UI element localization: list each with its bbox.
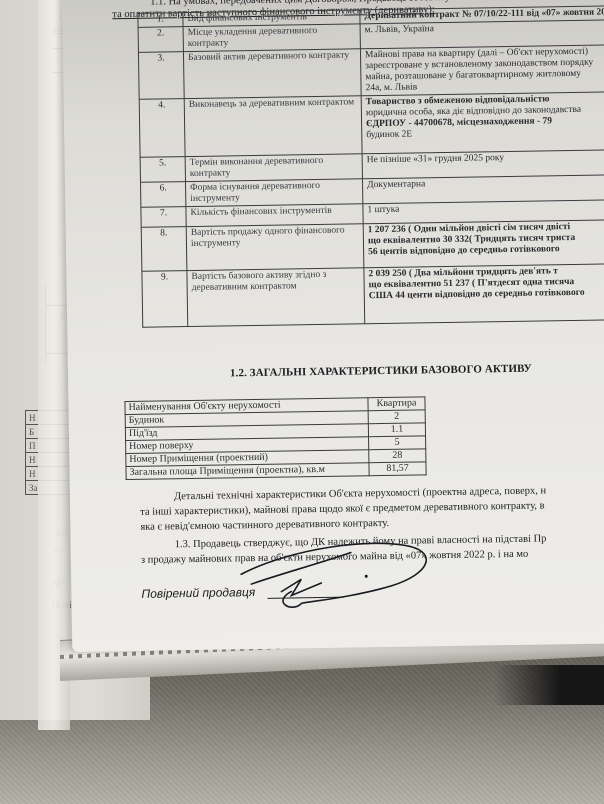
row-label: Вартість базового активу згідно з дерева… bbox=[187, 268, 365, 327]
derivative-row: 4.Виконавець за деревативним контрактомТ… bbox=[139, 91, 604, 157]
row-value: 1 207 236 ( Один мільйон двісті сім тися… bbox=[363, 219, 604, 268]
row-value-line: м. Львів, Україна bbox=[365, 21, 604, 37]
shadow-corner bbox=[494, 665, 604, 705]
row-label: Кількість фінансових інструментів bbox=[186, 204, 363, 227]
row-number: 1. bbox=[138, 13, 183, 28]
row-value: Не пізніше «31» грудня 2025 року bbox=[362, 149, 604, 179]
asset-value: 1.1 bbox=[368, 423, 425, 437]
row-value: Документарна bbox=[362, 174, 604, 204]
row-number: 3. bbox=[138, 52, 184, 100]
derivative-table: 1.Вид фінансових інструментівДериватний … bbox=[137, 5, 604, 328]
row-value-line: Не пізніше «31» грудня 2025 року bbox=[367, 151, 604, 167]
row-label: Форма існування деревативного інструмент… bbox=[185, 179, 362, 207]
handwritten-signature bbox=[231, 541, 452, 614]
row-label: Місце укладення деревативного контракту bbox=[183, 24, 360, 52]
derivative-row: 9.Вартість базового активу згідно з дере… bbox=[142, 263, 604, 327]
row-number: 8. bbox=[141, 227, 187, 272]
row-number: 5. bbox=[140, 157, 185, 183]
row-label: Виконавець за деревативним контрактом bbox=[184, 96, 362, 157]
details-line-3: яка є невід'ємною частинного деревативно… bbox=[140, 517, 389, 534]
derivative-row: 8.Вартість продажу одного фінансового ін… bbox=[141, 219, 604, 271]
row-value: м. Львів, Україна bbox=[360, 19, 604, 49]
section-1-2-title: 1.2. ЗАГАЛЬНІ ХАРАКТЕРИСТИКИ БАЗОВОГО АК… bbox=[230, 363, 532, 380]
asset-value: 81,57 bbox=[369, 462, 426, 476]
row-number: 6. bbox=[140, 182, 185, 208]
row-label: Термін виконання деревативного контракту bbox=[185, 154, 362, 182]
asset-value: 28 bbox=[369, 449, 426, 463]
row-value-line: Документарна bbox=[367, 176, 604, 192]
row-value-line: 1 штука bbox=[367, 201, 604, 217]
contract-page: 1.1. На умовах, передбачених цим Договор… bbox=[62, 0, 604, 652]
derivative-row: 3.Базовий актив деревативного контрактуМ… bbox=[138, 44, 604, 99]
asset-value: 5 bbox=[369, 436, 426, 450]
row-number: 7. bbox=[141, 207, 186, 228]
row-label: Базовий актив деревативного контракту bbox=[183, 49, 361, 99]
asset-value: Квартира bbox=[368, 397, 425, 411]
row-number: 2. bbox=[138, 27, 183, 53]
row-value: 2 039 250 ( Два мільйони тридцять дев'ят… bbox=[364, 263, 604, 324]
row-number: 9. bbox=[142, 271, 188, 328]
row-value: Майнові права на квартиру (далі – Об'єкт… bbox=[360, 44, 604, 96]
row-number: 4. bbox=[139, 99, 185, 158]
asset-table: Найменування Об'єкту нерухомостіКвартира… bbox=[124, 396, 426, 480]
row-label: Вартість продажу одного фінансового інст… bbox=[186, 224, 364, 271]
row-value: Товариство з обмеженою відповідальністюю… bbox=[361, 91, 604, 154]
asset-value: 2 bbox=[368, 410, 425, 424]
